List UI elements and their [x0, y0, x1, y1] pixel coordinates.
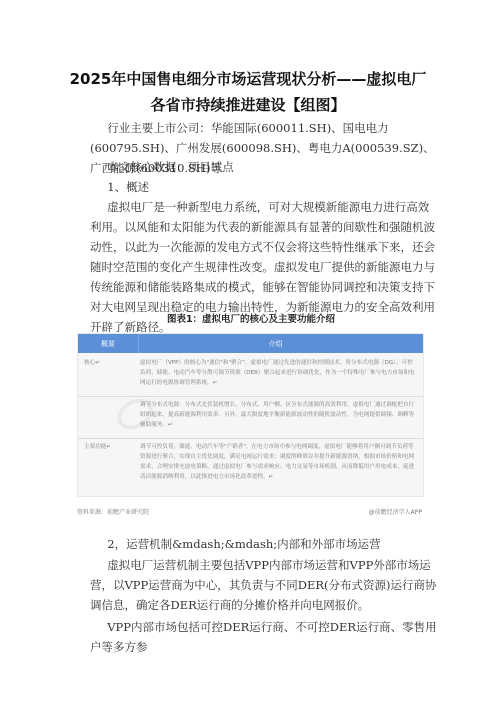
- row-value: 调节分布式电源：分布式光伏装机增长，分布式、用户侧、区分布式能源的高效利用，虚拟…: [140, 400, 416, 430]
- row-divider: [78, 396, 423, 397]
- section2-body2: VPP内部市场包括可控DER运行商、不可控DER运行商、零售用户等多方参: [90, 617, 440, 657]
- section2-heading: 2，运营机制&mdash;&mdash;内部和外部市场运营: [90, 534, 438, 554]
- figure-title: 图表1：虚拟电厂的核心及主要功能介绍: [90, 311, 412, 325]
- header-col-summary: 概要: [88, 339, 128, 349]
- figure-brand: @前瞻经济学人APP: [369, 507, 422, 516]
- article-title: 2025年中国售电细分市场运营现状分析——虚拟电厂 各省市持续推进建设【组图】: [60, 66, 436, 118]
- row-value: 调节可控负荷，储能、电动汽车等"产销者"，在电力市场中参与电网调度，虚拟电厂能够…: [140, 442, 416, 482]
- figure-source: 资料来源：前瞻产业研究院: [77, 507, 149, 516]
- section2-body: 虚拟电厂运营机制主要包括VPP内部市场运营和VPP外部市场运营，以VPP运营商为…: [90, 555, 440, 615]
- section1-heading: 1、概述: [90, 177, 438, 197]
- table-header: 概要 介绍: [78, 334, 423, 353]
- figure-table: 概要 介绍 核心↵ 虚拟电厂（VPP）的核心为"通信"和"聚合"。虚拟电厂通过先…: [77, 333, 424, 497]
- row-divider: [78, 438, 423, 439]
- document-page: 2025年中国售电细分市场运营现状分析——虚拟电厂 各省市持续推进建设【组图】 …: [0, 0, 496, 701]
- row-key: 主要功能↵: [84, 442, 132, 452]
- row-key: 核心↵: [84, 358, 132, 368]
- core-data-line: 本文核心数据：项目试点: [90, 157, 438, 177]
- row-value: 虚拟电厂（VPP）的核心为"通信"和"聚合"。虚拟电厂通过先进的通信和控制技术，…: [140, 358, 416, 388]
- header-col-intro: 介绍: [128, 339, 423, 349]
